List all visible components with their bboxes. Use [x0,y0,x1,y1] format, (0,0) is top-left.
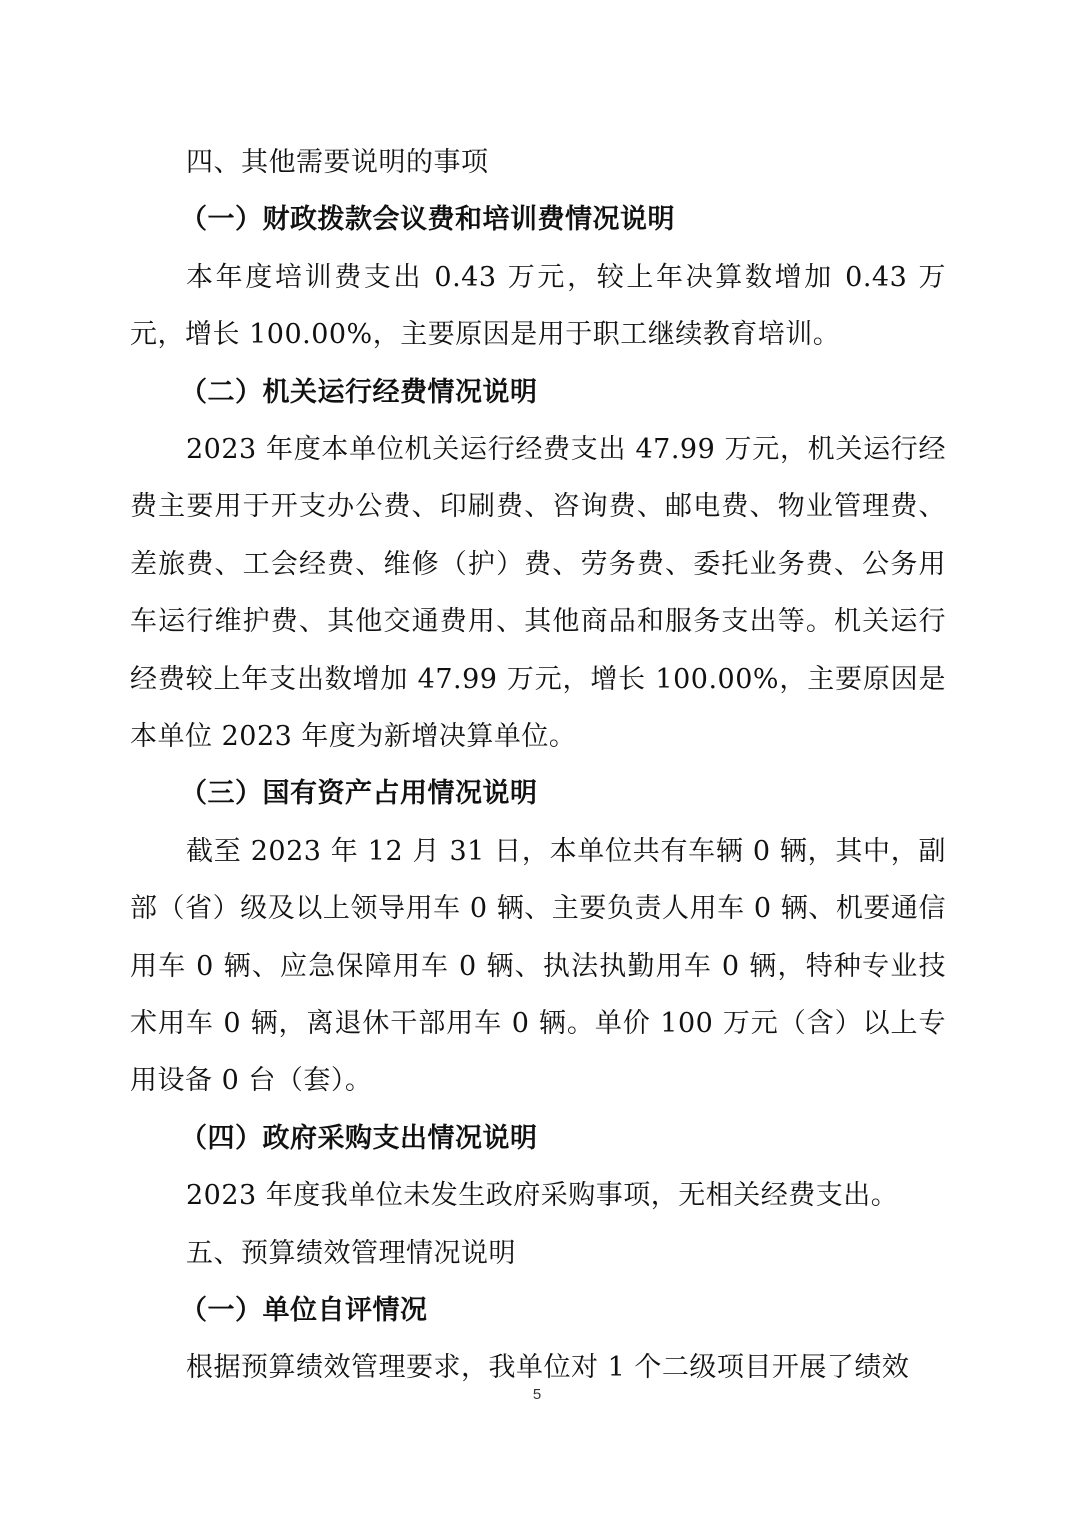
subheading-self-evaluation: （一）单位自评情况 [130,1282,946,1339]
subheading-state-assets: （三）国有资产占用情况说明 [130,765,946,822]
document-page: 四、其他需要说明的事项 （一）财政拨款会议费和培训费情况说明 本年度培训费支出 … [0,0,1074,1520]
section-heading-other-matters: 四、其他需要说明的事项 [130,134,946,191]
subheading-operating-expenses: （二）机关运行经费情况说明 [130,364,946,421]
paragraph-state-assets: 截至 2023 年 12 月 31 日，本单位共有车辆 0 辆，其中，副部（省）… [130,823,946,1110]
subheading-government-procurement: （四）政府采购支出情况说明 [130,1110,946,1167]
page-number: 5 [0,1386,1074,1403]
paragraph-government-procurement: 2023 年度我单位未发生政府采购事项，无相关经费支出。 [130,1167,946,1224]
page-content: 四、其他需要说明的事项 （一）财政拨款会议费和培训费情况说明 本年度培训费支出 … [130,134,946,1397]
paragraph-operating-expenses: 2023 年度本单位机关运行经费支出 47.99 万元，机关运行经费主要用于开支… [130,421,946,765]
section-heading-performance-management: 五、预算绩效管理情况说明 [130,1225,946,1282]
subheading-meeting-training-fees: （一）财政拨款会议费和培训费情况说明 [130,191,946,248]
paragraph-training-fees: 本年度培训费支出 0.43 万元，较上年决算数增加 0.43 万元，增长 100… [130,249,946,364]
